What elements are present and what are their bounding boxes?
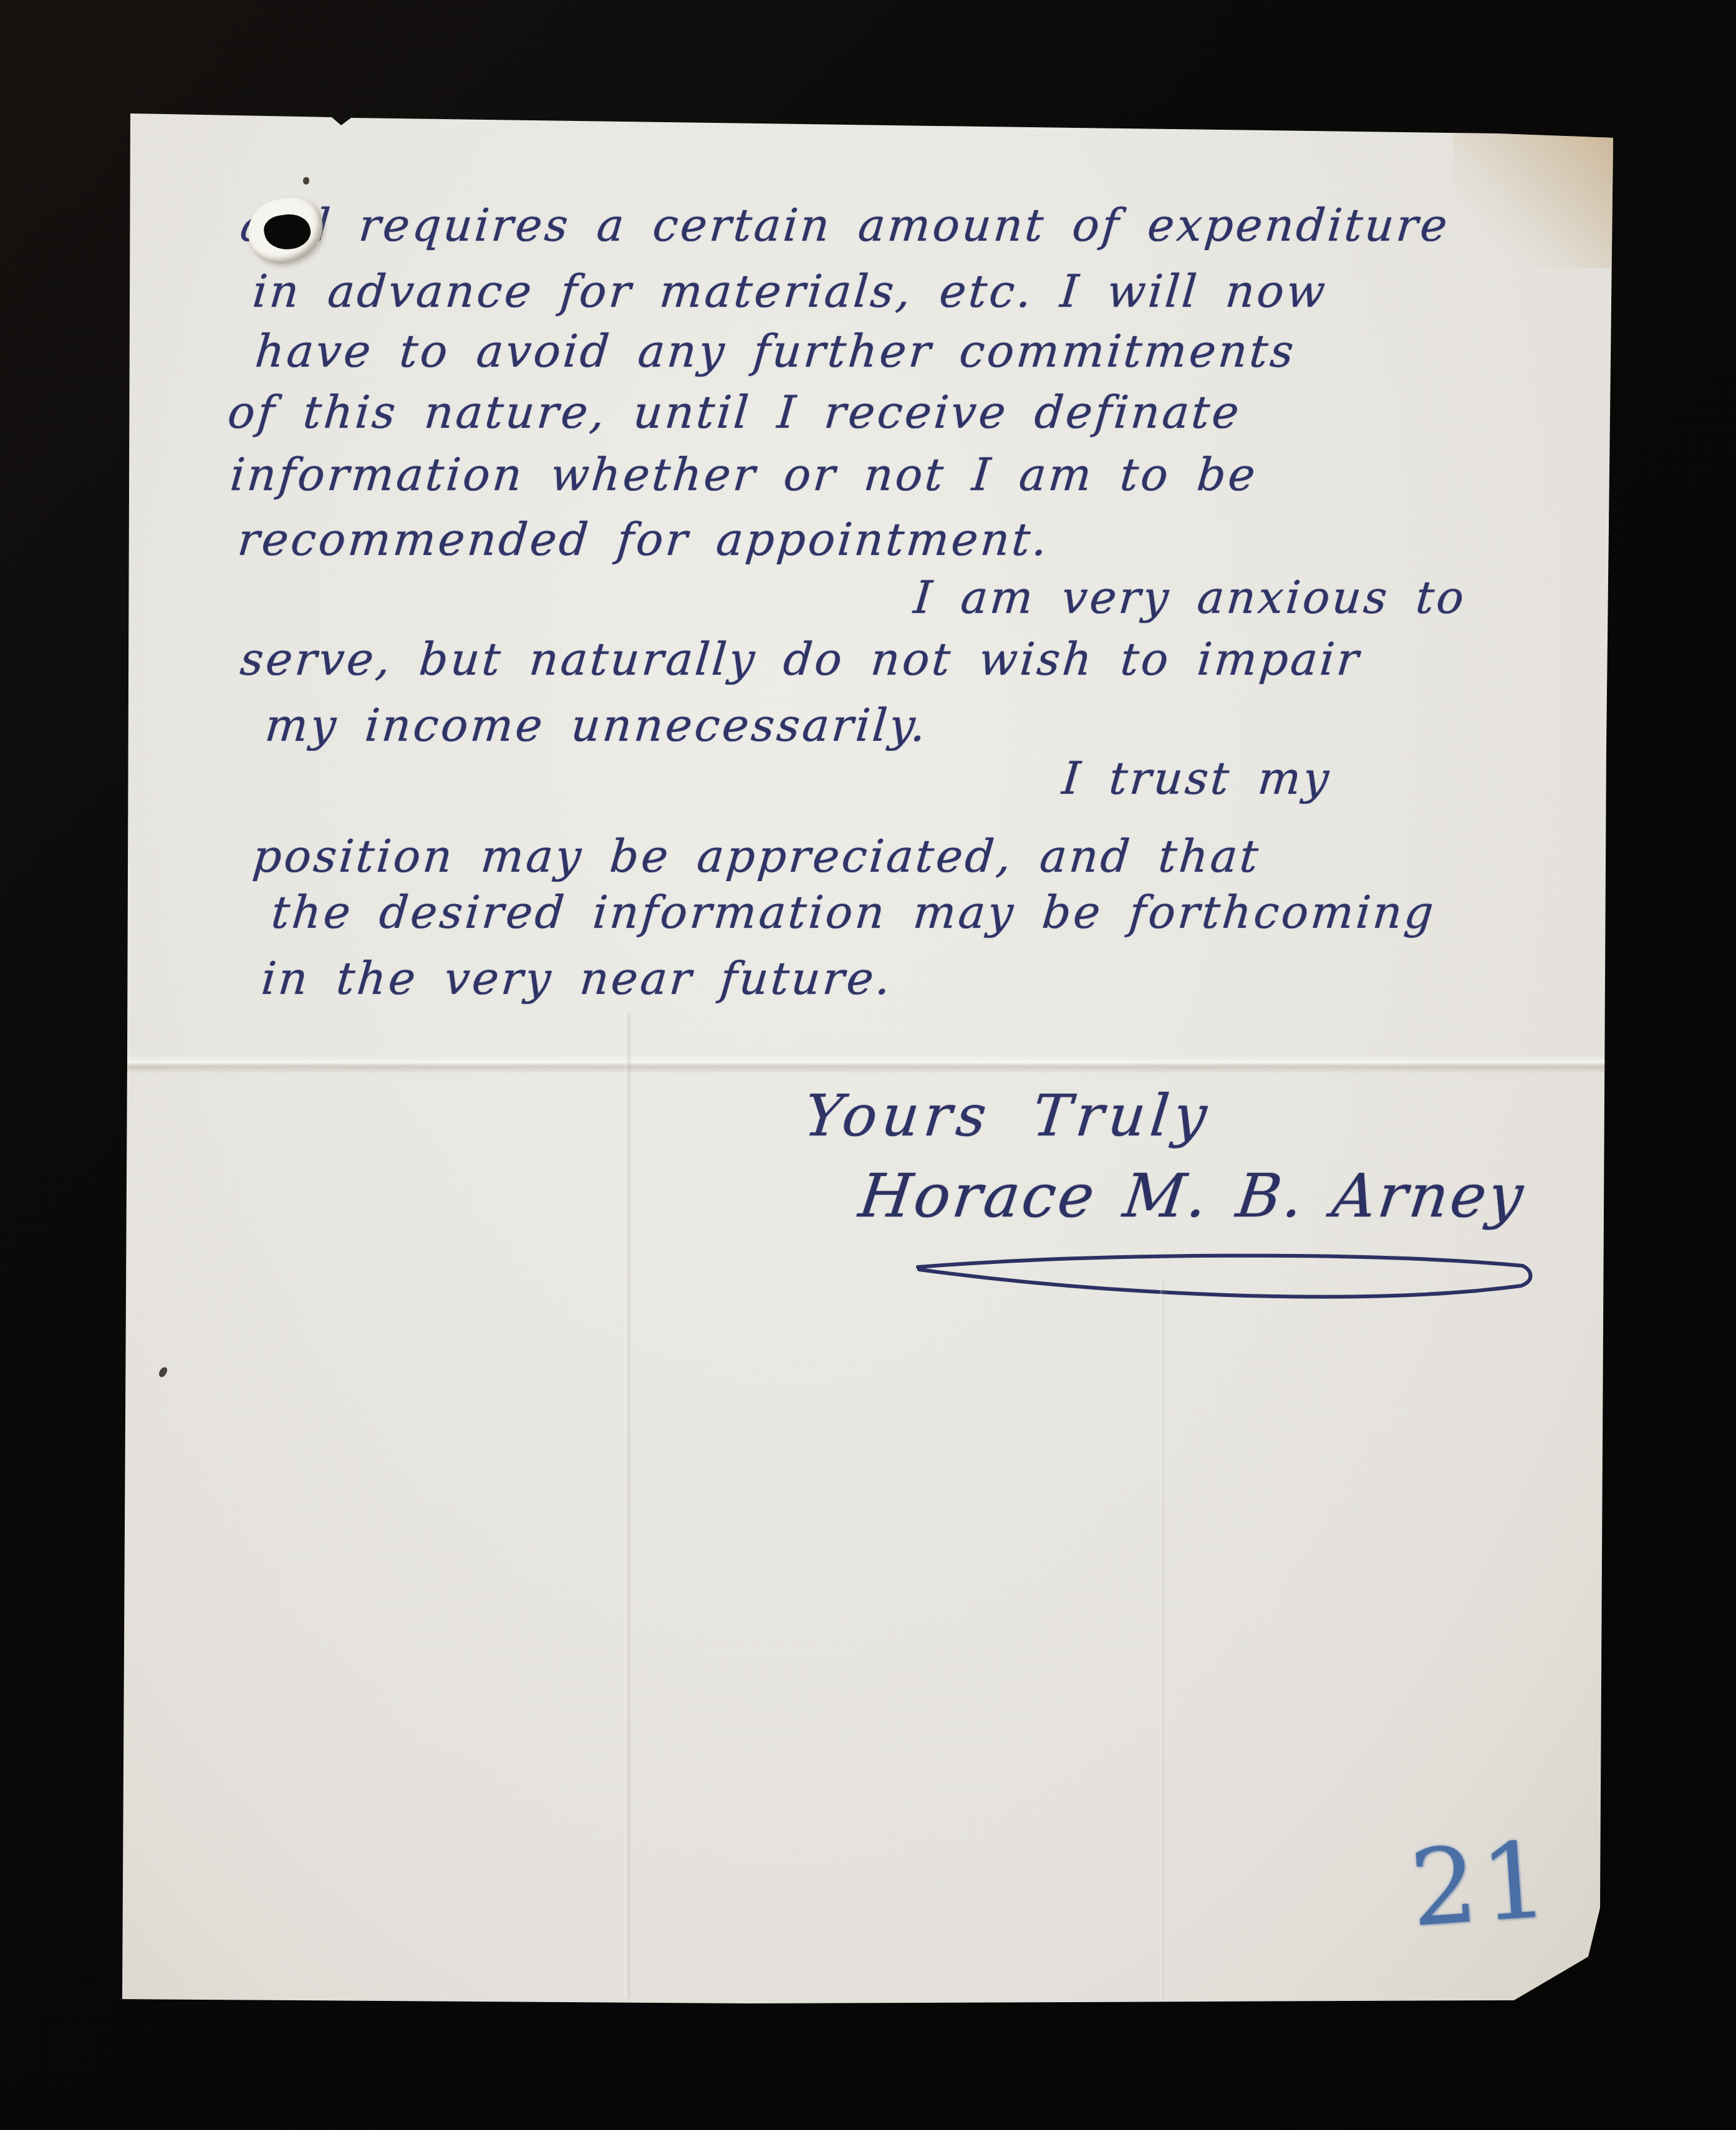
fold-crease-vertical-right	[1160, 1278, 1165, 2000]
closing-line: Yours Truly	[801, 1082, 1215, 1149]
letter-line: serve, but naturally do not wish to impa…	[238, 632, 1363, 686]
paper-speck	[158, 1366, 168, 1378]
letter-line: I am very anxious to	[912, 571, 1468, 624]
corner-discoloration	[1453, 118, 1615, 268]
letter-line: in the very near future.	[259, 952, 895, 1005]
letter-line: position may be appreciated, and that	[251, 829, 1263, 883]
letter-line: and requires a certain amount of expendi…	[238, 198, 1452, 252]
paper-speck	[303, 177, 309, 185]
signature: Horace M. B. Arney	[856, 1161, 1529, 1231]
letter-line: have to avoid any further commitments	[253, 324, 1298, 378]
letter-line: recommended for appointment.	[236, 513, 1052, 566]
letter-line: my income unnecessarily.	[263, 698, 930, 752]
letter-line: the desired information may be forthcomi…	[269, 885, 1438, 939]
letter-line: information whether or not I am to be	[228, 448, 1260, 501]
fold-crease-horizontal	[125, 1055, 1609, 1074]
letter-line: I trust my	[1060, 751, 1333, 805]
page-number-annotation: 21	[1407, 1827, 1555, 1941]
fold-crease-vertical-left	[625, 1013, 631, 1998]
letter-paper: and requires a certain amount of expendi…	[0, 0, 1736, 2130]
letter-line: in advance for materials, etc. I will no…	[251, 264, 1330, 318]
letter-line: of this nature, until I receive definate	[226, 385, 1243, 439]
signature-flourish	[905, 1246, 1548, 1318]
